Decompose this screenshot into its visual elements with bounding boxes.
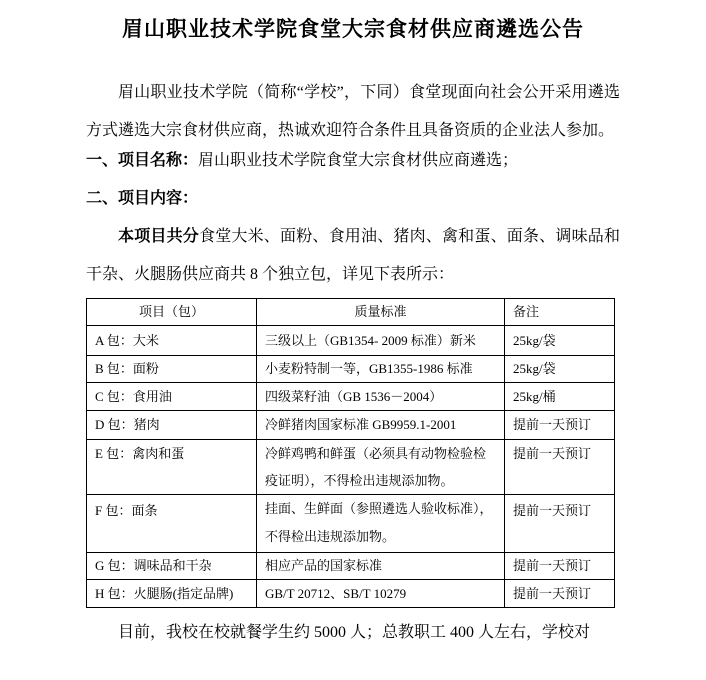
cell-standard: GB/T 20712、SB/T 10279 <box>257 580 505 608</box>
cell-package: G 包：调味品和干杂 <box>87 553 257 580</box>
closing-paragraph: 目前，我校在校就餐学生约 5000 人；总教职工 400 人左右，学校对 <box>0 614 706 652</box>
cell-remark: 提前一天预订 <box>505 553 615 580</box>
packages-table: 项目（包） 质量标准 备注 A 包：大米 三级以上（GB1354- 2009 标… <box>86 298 615 608</box>
project-description-lead: 本项目共分 <box>118 228 199 245</box>
cell-standard: 四级菜籽油（GB 1536－2004） <box>257 383 505 411</box>
header-package: 项目（包） <box>87 299 257 326</box>
cell-remark: 25kg/袋 <box>505 356 615 383</box>
cell-remark: 提前一天预订 <box>505 411 615 440</box>
table-row: E 包：禽肉和蛋 冷鲜鸡鸭和鲜蛋（必须具有动物检验检疫证明），不得检出违规添加物… <box>87 440 615 495</box>
table-row: C 包：食用油 四级菜籽油（GB 1536－2004） 25kg/桶 <box>87 383 615 411</box>
section-1-label: 一、项目名称： <box>86 152 198 169</box>
cell-remark: 提前一天预订 <box>505 495 615 553</box>
cell-package: D 包：猪肉 <box>87 411 257 440</box>
cell-package: E 包：禽肉和蛋 <box>87 440 257 495</box>
table-row: G 包：调味品和干杂 相应产品的国家标准 提前一天预订 <box>87 553 615 580</box>
cell-package: C 包：食用油 <box>87 383 257 411</box>
table-row: B 包：面粉 小麦粉特制一等，GB1355-1986 标准 25kg/袋 <box>87 356 615 383</box>
cell-remark: 提前一天预订 <box>505 580 615 608</box>
table-row: A 包：大米 三级以上（GB1354- 2009 标准）新米 25kg/袋 <box>87 326 615 356</box>
cell-remark: 提前一天预订 <box>505 440 615 495</box>
section-1-text: 眉山职业技术学院食堂大宗食材供应商遴选； <box>198 152 518 169</box>
cell-standard: 冷鲜猪肉国家标准 GB9959.1-2001 <box>257 411 505 440</box>
cell-remark: 25kg/桶 <box>505 383 615 411</box>
cell-remark: 25kg/袋 <box>505 326 615 356</box>
header-remarks: 备注 <box>505 299 615 326</box>
intro-paragraph: 眉山职业技术学院（简称“学校”，下同）食堂现面向社会公开采用遴选方式遴选大宗食材… <box>0 74 706 150</box>
cell-package: B 包：面粉 <box>87 356 257 383</box>
cell-standard: 冷鲜鸡鸭和鲜蛋（必须具有动物检验检疫证明），不得检出违规添加物。 <box>257 440 505 495</box>
document-page: 眉山职业技术学院食堂大宗食材供应商遴选公告 眉山职业技术学院（简称“学校”，下同… <box>0 0 706 680</box>
section-2-label: 二、项目内容： <box>86 190 198 207</box>
cell-package: A 包：大米 <box>87 326 257 356</box>
cell-package: F 包：面条 <box>87 495 257 553</box>
cell-standard: 小麦粉特制一等，GB1355-1986 标准 <box>257 356 505 383</box>
project-description: 本项目共分食堂大米、面粉、食用油、猪肉、禽和蛋、面条、调味品和干杂、火腿肠供应商… <box>0 218 706 294</box>
cell-standard: 相应产品的国家标准 <box>257 553 505 580</box>
header-quality-standard: 质量标准 <box>257 299 505 326</box>
table-row: D 包：猪肉 冷鲜猪肉国家标准 GB9959.1-2001 提前一天预订 <box>87 411 615 440</box>
table-row: F 包：面条 挂面、生鲜面（参照遴选人验收标准），不得检出违规添加物。 提前一天… <box>87 495 615 553</box>
cell-standard: 挂面、生鲜面（参照遴选人验收标准），不得检出违规添加物。 <box>257 495 505 553</box>
section-2-heading: 二、项目内容： <box>0 180 706 218</box>
page-title: 眉山职业技术学院食堂大宗食材供应商遴选公告 <box>0 0 706 44</box>
table-header-row: 项目（包） 质量标准 备注 <box>87 299 615 326</box>
cell-package: H 包：火腿肠(指定品牌) <box>87 580 257 608</box>
table-row: H 包：火腿肠(指定品牌) GB/T 20712、SB/T 10279 提前一天… <box>87 580 615 608</box>
cell-standard: 三级以上（GB1354- 2009 标准）新米 <box>257 326 505 356</box>
